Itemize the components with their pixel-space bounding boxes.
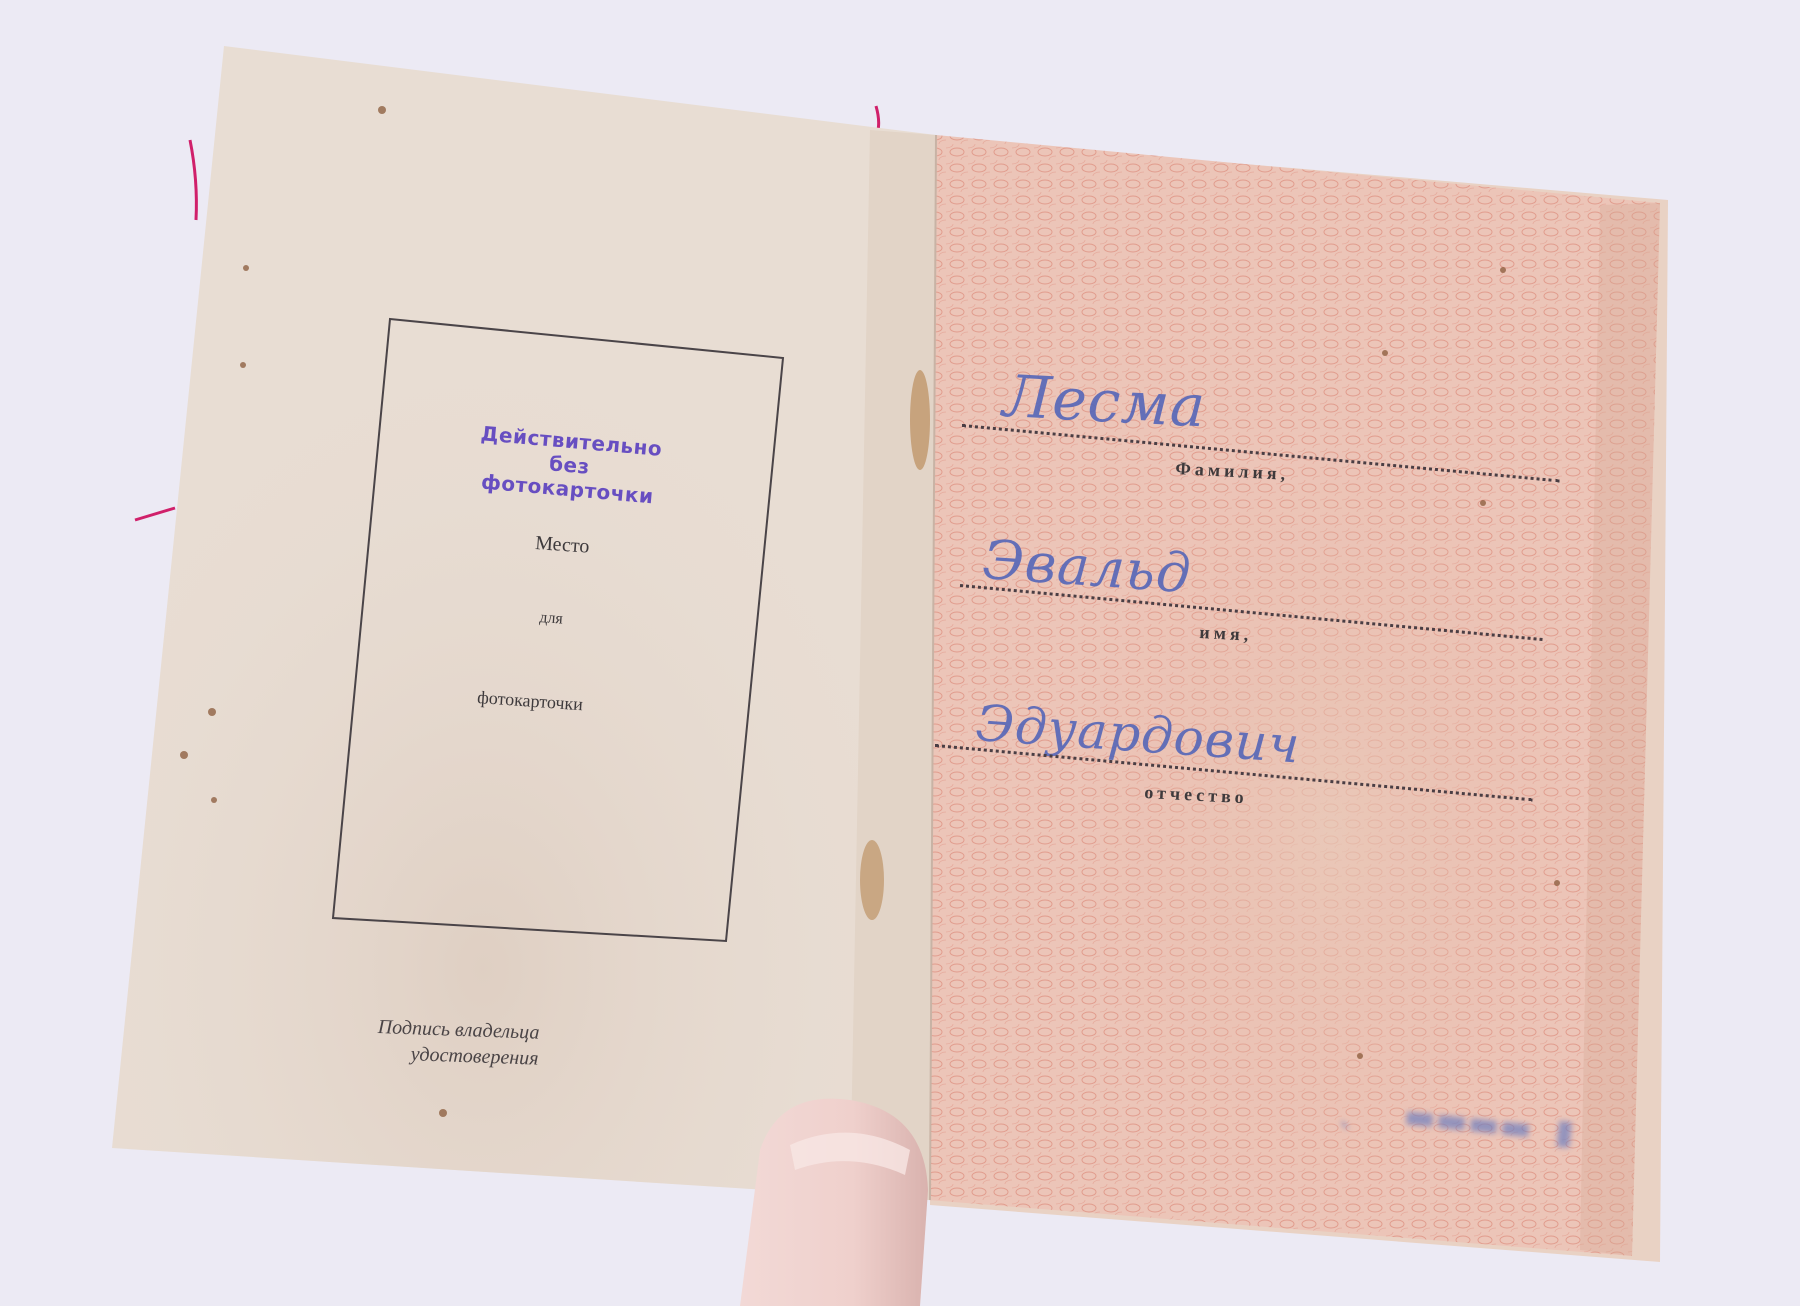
photo-label-place: Место bbox=[534, 532, 590, 559]
photo-label-for: для bbox=[539, 609, 564, 629]
surname-value: Лесма bbox=[1001, 362, 1207, 441]
owner-signature-caption: Подпись владельца удостоверения bbox=[318, 1012, 540, 1072]
thread bbox=[190, 140, 196, 220]
first-name-label: имя, bbox=[1199, 622, 1253, 646]
